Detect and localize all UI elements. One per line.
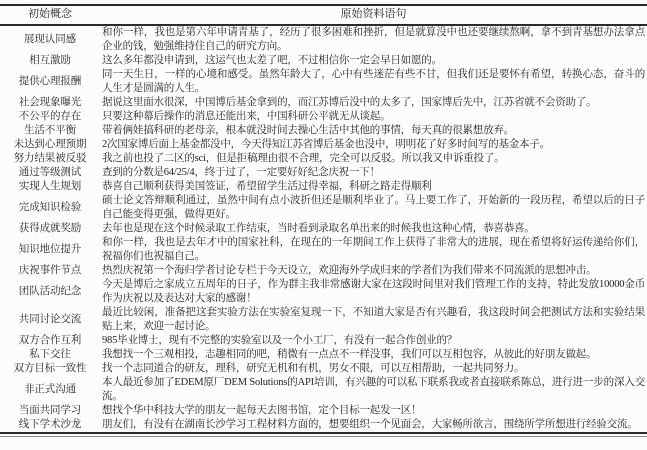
table-row: 知识地位提升和你一样，我也是去年才中的国家社科，在现在的一年期间工作上获得了非常… [0, 236, 647, 264]
table-row: 团队活动纪念今天是博后之家成立五周年的日子，作为群主我非常感谢大家在这段时间里对… [0, 278, 647, 306]
sentence-cell: 据说这里面水很深，中国博后基金拿到的，而江苏博后没中的太多了，国家博后先中，江苏… [100, 96, 647, 110]
sentence-cell: 和你一样，我也是第六年申请青基了，经历了很多困难和挫折，但是就算没中也还要继续熬… [100, 25, 647, 54]
concept-cell: 共同讨论交流 [0, 306, 100, 334]
concept-cell: 庆祝事件节点 [0, 264, 100, 278]
table-row: 当面共同学习想找个华中科技大学的朋友一起每天去图书馆，定个目标一起发一区！ [0, 404, 647, 418]
concept-cell: 私下交往 [0, 348, 100, 362]
concept-cell: 实现人生规划 [0, 180, 100, 194]
table-row: 生活不平衡带着俩娃搞科研的老母亲，根本就没时间去操心生活中其他的事情，每天真的很… [0, 124, 647, 138]
concept-cell: 双方目标一致性 [0, 362, 100, 376]
sentence-cell: 我之前也投了二区的sci，但是拒稿理由很不合理，完全可以反驳。所以我又申诉重投了… [100, 152, 647, 166]
sentence-cell: 热烈庆祝第一个海归学者讨论专栏于今天设立，欢迎海外学成归来的学者们为我们带来不同… [100, 264, 647, 278]
sentence-cell: 和你一样，我也是去年才中的国家社科，在现在的一年期间工作上获得了非常大的进展，现… [100, 236, 647, 264]
table-row: 通过等级测试查到的分数是64/25/4，终于过了，一定要好好纪念庆祝一下！ [0, 166, 647, 180]
concept-cell: 非正式沟通 [0, 376, 100, 404]
sentence-cell: 查到的分数是64/25/4，终于过了，一定要好好纪念庆祝一下！ [100, 166, 647, 180]
paper-table-page: 初始概念 原始资料语句 展现认同感和你一样，我也是第六年申请青基了，经历了很多困… [0, 0, 647, 450]
column-header-sentence: 原始资料语句 [100, 5, 647, 25]
table-row: 实现人生规划恭喜自己顺利获得美国签证，希望留学生活过得幸福，科研之路走得顺利 [0, 180, 647, 194]
concept-cell: 提供心理报酬 [0, 68, 100, 96]
sentence-cell: 带着俩娃搞科研的老母亲，根本就没时间去操心生活中其他的事情，每天真的很累想放弃。 [100, 124, 647, 138]
sentence-cell: 今天是博后之家成立五周年的日子，作为群主我非常感谢大家在这段时间里对我们管理工作… [100, 278, 647, 306]
sentence-cell: 这么多年都没申请到，这运气也太差了吧，不过相信你一定会早日如愿的。 [100, 54, 647, 68]
concept-cell: 未达到心理预期 [0, 138, 100, 152]
table-row: 展现认同感和你一样，我也是第六年申请青基了，经历了很多困难和挫折，但是就算没中也… [0, 25, 647, 54]
sentence-cell: 去年也是现在这个时候录取工作结束，当时看到录取名单出来的时候我也这种心情，恭喜恭… [100, 222, 647, 236]
concept-cell: 完成知识检验 [0, 194, 100, 222]
concept-cell: 通过等级测试 [0, 166, 100, 180]
table-row: 努力结果被反驳我之前也投了二区的sci，但是拒稿理由很不合理，完全可以反驳。所以… [0, 152, 647, 166]
table-bottom-rule [0, 432, 647, 434]
concept-sentence-table: 初始概念 原始资料语句 展现认同感和你一样，我也是第六年申请青基了，经历了很多困… [0, 4, 647, 432]
table-row: 非正式沟通本人最近参加了EDEM原厂DEM Solutions的API培训，有兴… [0, 376, 647, 404]
sentence-cell: 恭喜自己顺利获得美国签证，希望留学生活过得幸福，科研之路走得顺利 [100, 180, 647, 194]
table-row: 共同讨论交流最近比较闲，准备把这套实验方法在实验室复现一下，不知道大家是否有兴趣… [0, 306, 647, 334]
concept-cell: 展现认同感 [0, 25, 100, 54]
table-body: 展现认同感和你一样，我也是第六年申请青基了，经历了很多困难和挫折，但是就算没中也… [0, 25, 647, 432]
table-bottom-rule-thin [0, 436, 647, 437]
table-row: 社会现象曝光据说这里面水很深，中国博后基金拿到的，而江苏博后没中的太多了，国家博… [0, 96, 647, 110]
sentence-cell: 只要这种幕后操作的消息还能出来，中国科研公平就无从谈起。 [100, 110, 647, 124]
table-row: 线下学术沙龙朋友们，有没有在湖南长沙学习工程材料方面的，想要组织一个见面会，大家… [0, 418, 647, 432]
table-header: 初始概念 原始资料语句 [0, 5, 647, 25]
sentence-cell: 朋友们，有没有在湖南长沙学习工程材料方面的，想要组织一个见面会，大家畅所欲言，围… [100, 418, 647, 432]
concept-cell: 获得成就奖励 [0, 222, 100, 236]
concept-cell: 社会现象曝光 [0, 96, 100, 110]
concept-cell: 当面共同学习 [0, 404, 100, 418]
concept-cell: 相互激励 [0, 54, 100, 68]
table-row: 双方目标一致性找一个志同道合的研友，理科，研究无机和有机，男女不限，可以互相帮助… [0, 362, 647, 376]
sentence-cell: 硕士论文答辩顺利通过，虽然中间有点小波折但还是顺利毕业了。马上要工作了，开始新的… [100, 194, 647, 222]
sentence-cell: 985毕业博士，现有不完整的实验室以及一个小工厂，有没有一起合作创业的？ [100, 334, 647, 348]
table-row: 未达到心理预期2次国家博后面上基金都没中，今天得知江苏省博后基金也没中，明明花了… [0, 138, 647, 152]
sentence-cell: 想找个华中科技大学的朋友一起每天去图书馆，定个目标一起发一区！ [100, 404, 647, 418]
sentence-cell: 最近比较闲，准备把这套实验方法在实验室复现一下，不知道大家是否有兴趣看，我这段时… [100, 306, 647, 334]
concept-cell: 双方合作互利 [0, 334, 100, 348]
table-row: 双方合作互利985毕业博士，现有不完整的实验室以及一个小工厂，有没有一起合作创业… [0, 334, 647, 348]
concept-cell: 不公平的存在 [0, 110, 100, 124]
concept-cell: 团队活动纪念 [0, 278, 100, 306]
sentence-cell: 本人最近参加了EDEM原厂DEM Solutions的API培训，有兴趣的可以私… [100, 376, 647, 404]
sentence-cell: 我想找一个三观相投，志趣相同的吧，稍微有一点点不一样没事，我们可以互相包容，从彼… [100, 348, 647, 362]
sentence-cell: 2次国家博后面上基金都没中，今天得知江苏省博后基金也没中，明明花了好多时间写的基… [100, 138, 647, 152]
table-row: 提供心理报酬同一天生日，一样的心境和感受。虽然年龄大了，心中有些迷茫有些不甘，但… [0, 68, 647, 96]
header-row: 初始概念 原始资料语句 [0, 5, 647, 25]
concept-cell: 知识地位提升 [0, 236, 100, 264]
concept-cell: 努力结果被反驳 [0, 152, 100, 166]
table-row: 完成知识检验硕士论文答辩顺利通过，虽然中间有点小波折但还是顺利毕业了。马上要工作… [0, 194, 647, 222]
concept-cell: 生活不平衡 [0, 124, 100, 138]
sentence-cell: 找一个志同道合的研友，理科，研究无机和有机，男女不限，可以互相帮助，一起共同努力… [100, 362, 647, 376]
concept-cell: 线下学术沙龙 [0, 418, 100, 432]
table-row: 私下交往我想找一个三观相投，志趣相同的吧，稍微有一点点不一样没事，我们可以互相包… [0, 348, 647, 362]
column-header-concept: 初始概念 [0, 5, 100, 25]
table-row: 庆祝事件节点热烈庆祝第一个海归学者讨论专栏于今天设立，欢迎海外学成归来的学者们为… [0, 264, 647, 278]
table-row: 获得成就奖励去年也是现在这个时候录取工作结束，当时看到录取名单出来的时候我也这种… [0, 222, 647, 236]
table-row: 不公平的存在只要这种幕后操作的消息还能出来，中国科研公平就无从谈起。 [0, 110, 647, 124]
sentence-cell: 同一天生日，一样的心境和感受。虽然年龄大了，心中有些迷茫有些不甘，但我们还是要怀… [100, 68, 647, 96]
table-row: 相互激励这么多年都没申请到，这运气也太差了吧，不过相信你一定会早日如愿的。 [0, 54, 647, 68]
